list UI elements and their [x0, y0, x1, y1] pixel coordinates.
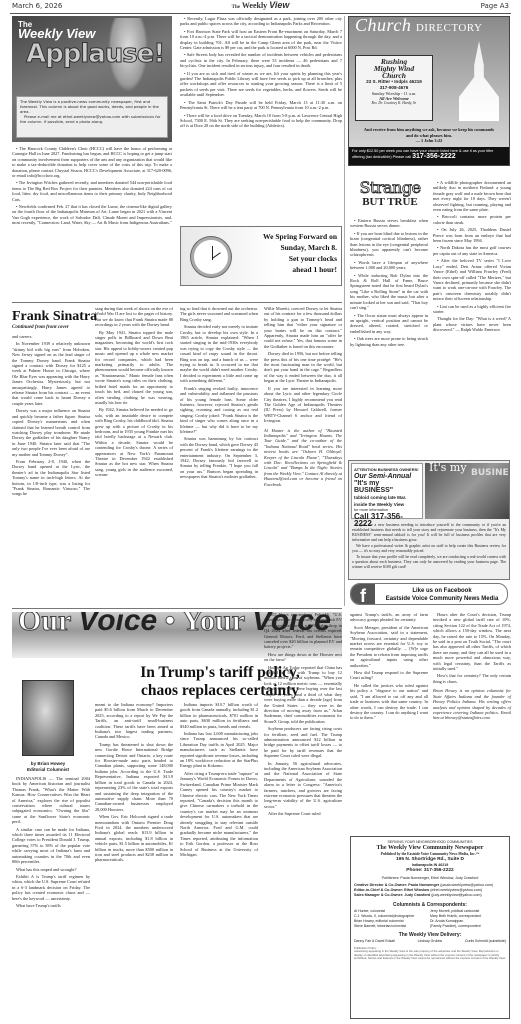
strange-col-1: • Eastern Russia serves breakfast when w… — [350, 218, 428, 349]
applause-items-mid: • Recently, Lugar Plaza was officially d… — [180, 16, 342, 131]
strange-col-2: • A wildlife photographer documented an … — [433, 180, 511, 335]
bible-verse: And receive from him anything we ask, be… — [349, 127, 509, 144]
church-steeple-image — [459, 41, 499, 121]
fact-item: • North Dakota has the most golf courses… — [433, 245, 511, 256]
news-item: • If you are as sick and tired of winter… — [180, 71, 342, 98]
facebook-banner[interactable]: f Like us on FacebookEastside Voice Comm… — [350, 583, 508, 605]
applause-brand: TheWeekly View — [18, 20, 95, 40]
applause-items-left: • The Hancock County Children's Choir (H… — [12, 146, 172, 228]
sinatra-col-4: Willie Moretti, coerced Dorsey to let Si… — [264, 306, 342, 489]
applause-intro-box: The Weekly View is a positive-news commu… — [16, 96, 168, 138]
promo-phone: 317-356-2222 — [412, 153, 456, 160]
column-divider — [344, 16, 345, 606]
fact-item: • Lint can be used as a highly efficient… — [433, 304, 511, 315]
church-promo-bar: For only $12.50 per week you can have yo… — [349, 147, 509, 165]
news-item: • Fort Harrison State Park will host an … — [180, 29, 342, 51]
news-item: • There will be a food drive on Tuesday,… — [180, 113, 342, 129]
thought-for-the-day: Thought for the Day: "What is a weed? A … — [433, 316, 511, 332]
fact-item: • Words have a lifespan of anywhere betw… — [350, 260, 428, 271]
alarm-clock-icon — [191, 237, 231, 277]
staff-email[interactable]: (paula.weeklyview@yahoo.com) — [440, 883, 493, 887]
fact-item: • A wildlife photographer documented an … — [433, 180, 511, 212]
columnist-bio: Brian Howey is an opinion columnist for … — [433, 688, 511, 720]
news-item: • The Saint Patrick's Day Parade will be… — [180, 100, 342, 111]
delivery-list: Danny Fair & David Edsall Lindsay Grubbs… — [354, 939, 506, 944]
section-divider — [12, 608, 342, 609]
fact-item: • If you are born blind due to lesions i… — [350, 231, 428, 258]
editorial-col-3: Indiana imports $10.7 billion worth of g… — [180, 702, 258, 859]
applause-title: Applause! — [26, 52, 164, 57]
spring-forward-text: We Spring Forward on Sunday, March 8. Se… — [263, 231, 337, 275]
facebook-icon: f — [351, 584, 375, 605]
columnist-photo — [22, 680, 74, 756]
business-tabloid-ad: ATTENTION BUSINESS OWNERS! Our Semi-Annu… — [348, 460, 510, 580]
spring-forward-box: We Spring Forward on Sunday, March 8. Se… — [180, 226, 342, 286]
fact-item: • Oak trees are more prone to being stru… — [350, 336, 428, 347]
editorial-col-6: Hours after the Court's decision, Trump … — [433, 612, 511, 723]
news-item: • Newfields confirmed Feb. 27 that it ha… — [12, 204, 172, 226]
sinatra-col-2: sang during that week of shows on the ev… — [95, 306, 173, 480]
business-ad-headline: ATTENTION BUSINESS OWNERS! Our Semi-Annu… — [351, 463, 423, 519]
church-directory-title: Church DIRECTORY — [355, 23, 482, 31]
staff-email[interactable]: (judy.weeklyview@yahoo.com) — [431, 893, 481, 897]
editorial-col-5: against Trump's tariffs, an array of far… — [350, 612, 428, 723]
business-ad-body: If you are a new business needing to int… — [352, 523, 506, 571]
editorial-col-2: meant to the Indiana economy? Importers … — [95, 702, 173, 865]
church-listing-card: Rushing Mighty Wind Church 23 S. Ritter … — [355, 55, 433, 121]
masthead-box: SERVING YOUR NEIGHBORHOOD COMMUNITIES Th… — [350, 836, 510, 1019]
page-number: Page A3 — [481, 4, 509, 9]
fact-item: • After the beloved TV series "I Love Lu… — [433, 258, 511, 301]
editorial-col-4: CBT News reported on Feb. 16, "U.S. auto… — [264, 612, 342, 819]
strange-but-true-logo: Strange BUT TRUE — [350, 180, 430, 214]
news-item: • The Hancock County Children's Choir (H… — [12, 146, 172, 178]
news-item: • Recently, Lugar Plaza was officially d… — [180, 16, 342, 27]
news-item: • The Irvington Witches gathered recentl… — [12, 180, 172, 202]
sinatra-col-3: ing so loud that it drowned out the orch… — [180, 306, 258, 482]
fact-item: • The Oscar statue must always appear in… — [350, 313, 428, 335]
page-header: March 6, 2026 The Weekly View Page A3 — [10, 2, 511, 14]
masthead-title: The Weekly View Community Newspaper — [354, 845, 506, 852]
paper-name: The Weekly View — [10, 3, 511, 10]
author-bio: Al Hunter is the author of "Haunted Indi… — [264, 428, 342, 487]
news-item: • Safe Streets Indy has revealed the num… — [180, 52, 342, 68]
masthead-phone: Phone: 317-356-2222 — [354, 868, 506, 874]
editorial-col-1: INDIANAPOLIS — The seminal 2004 book by … — [12, 776, 90, 910]
magazine-covers-image: It's my BUSINESS — [425, 463, 509, 519]
fact-item: • Eastern Russia serves breakfast when w… — [350, 218, 428, 229]
staff-email[interactable]: (ethel.weeklyview@yahoo.com) — [430, 888, 482, 892]
section-divider — [12, 302, 342, 303]
fact-item: • While inducting Bob Dylan into the Roc… — [350, 273, 428, 311]
applause-banner: TheWeekly View Applause! The Weekly View… — [12, 16, 172, 142]
sinatra-subhead: Continued from front cover — [12, 325, 69, 330]
church-directory-ad: Church DIRECTORY Rushing Mighty Wind Chu… — [348, 16, 510, 166]
staff-row: Sales Manager & Co-Owner: Judy Crawford … — [354, 893, 506, 898]
sinatra-headline: Frank Sinatra — [12, 309, 97, 324]
sinatra-col-1: and careers. In November 1939 a relative… — [12, 334, 90, 499]
publication-policy: Publication Policy:Advertising appearing… — [354, 947, 506, 961]
applause-contact: Please e-mail me at ethel.weeklyview@yah… — [20, 114, 164, 124]
columnists-list: Al Hunter, columnist C.J. Woods, II, col… — [354, 909, 506, 929]
fact-item: • Broccoli contains more protein per cal… — [433, 214, 511, 225]
fact-item: • On July 26, 2025, Thaddeus Daniel Pier… — [433, 227, 511, 243]
columnist-byline: by Brian HoweyEditorial Columnist — [12, 761, 84, 772]
